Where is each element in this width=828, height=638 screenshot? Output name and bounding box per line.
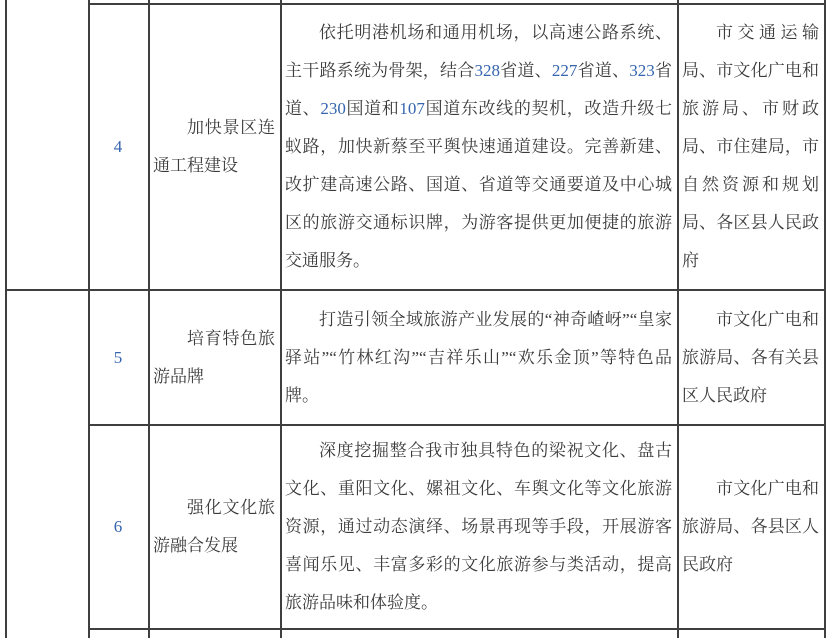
- row4-task-name-cell: 加快景区连通工程建设: [150, 5, 278, 289]
- row6-description-cell: 深度挖掘整合我市独具特色的梁祝文化、盘古文化、重阳文化、嫘祖文化、车舆文化等文化…: [282, 426, 675, 628]
- row5-departments-cell: 市文化广电和旅游局、各有关县区人民政府: [679, 291, 822, 424]
- row5-description: 打造引领全域旅游产业发展的“神奇嵖岈”“皇家驿站”“竹林红沟”“吉祥乐山”“欢乐…: [285, 301, 672, 415]
- row5-number: 5: [114, 339, 123, 377]
- row4-departments: 市交通运输局、市文化广电和旅游局、市财政局、市住建局，市自然资源和规划局、各区县…: [682, 14, 819, 280]
- row6-number-cell: 6: [90, 426, 146, 628]
- row6-departments: 市文化广电和旅游局、各县区人民政府: [682, 470, 819, 584]
- row5-description-cell: 打造引领全域旅游产业发展的“神奇嵖岈”“皇家驿站”“竹林红沟”“吉祥乐山”“欢乐…: [282, 291, 675, 424]
- row6-number: 6: [114, 508, 123, 546]
- row5-task-name-cell: 培育特色旅游品牌: [150, 291, 278, 424]
- row4-description: 依托明港机场和通用机场，以高速公路系统、主干路系统为骨架，结合328省道、227…: [285, 14, 672, 280]
- grid-line-vertical-left-edge: [5, 0, 7, 638]
- document-table-page: 4 加快景区连通工程建设 依托明港机场和通用机场，以高速公路系统、主干路系统为骨…: [0, 0, 828, 638]
- row6-task-name: 强化文化旅游融合发展: [153, 489, 275, 565]
- row4-number-cell: 4: [90, 5, 146, 289]
- row5-number-cell: 5: [90, 291, 146, 424]
- row5-departments: 市文化广电和旅游局、各有关县区人民政府: [682, 301, 819, 415]
- row5-task-name: 培育特色旅游品牌: [153, 320, 275, 396]
- row4-departments-cell: 市交通运输局、市文化广电和旅游局、市财政局、市住建局，市自然资源和规划局、各区县…: [679, 5, 822, 289]
- row6-task-name-cell: 强化文化旅游融合发展: [150, 426, 278, 628]
- row4-task-name: 加快景区连通工程建设: [153, 109, 275, 185]
- row6-departments-cell: 市文化广电和旅游局、各县区人民政府: [679, 426, 822, 628]
- row4-description-cell: 依托明港机场和通用机场，以高速公路系统、主干路系统为骨架，结合328省道、227…: [282, 5, 675, 289]
- grid-line-vertical-right-edge: [824, 0, 826, 638]
- grid-line-row6-bottom: [88, 628, 826, 630]
- row6-description: 深度挖掘整合我市独具特色的梁祝文化、盘古文化、重阳文化、嫘祖文化、车舆文化等文化…: [285, 432, 672, 622]
- row4-number: 4: [114, 128, 123, 166]
